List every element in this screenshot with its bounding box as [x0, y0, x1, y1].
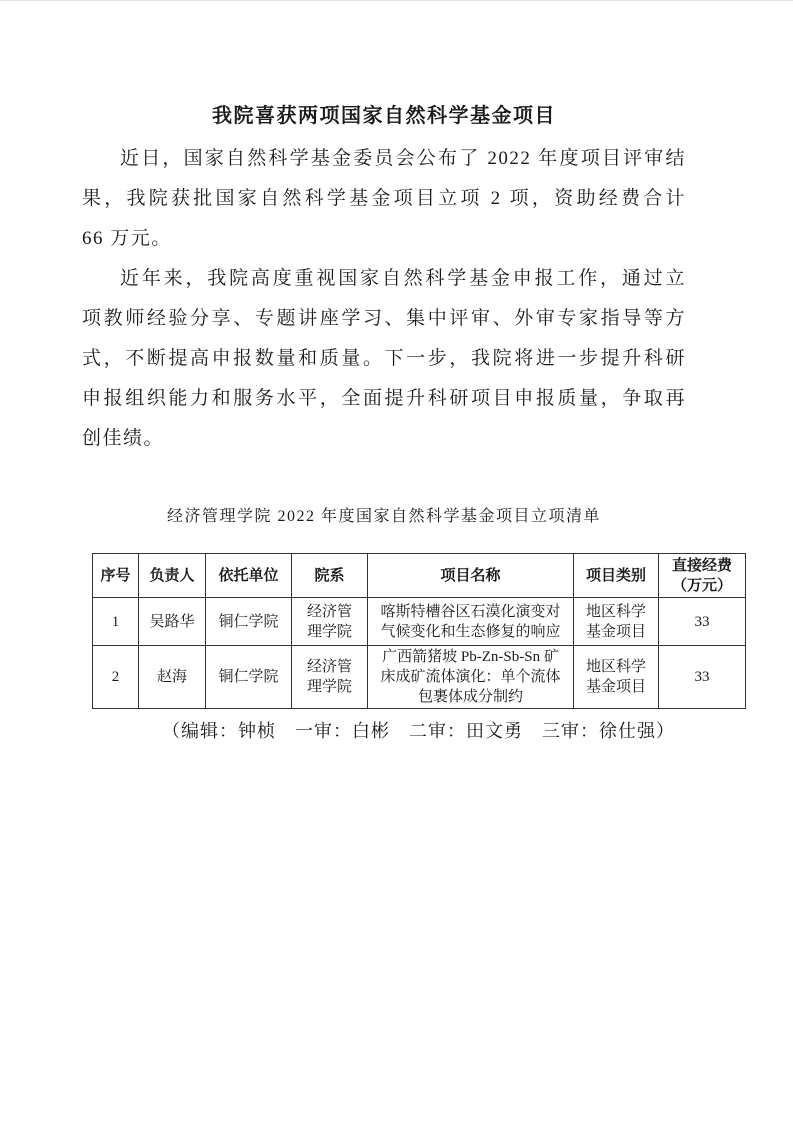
- cell-department: 经济管理学院: [292, 646, 368, 709]
- paragraph-2-line-3: 式，不断提高申报数量和质量。下一步，我院将进一步提升科研: [82, 339, 686, 379]
- paragraph-2-line-5: 创佳绩。: [82, 419, 686, 459]
- table-row: 2 赵海 铜仁学院 经济管理学院 广西箭猪坡 Pb-Zn-Sb-Sn 矿床成矿流…: [93, 646, 746, 709]
- cell-department: 经济管理学院: [292, 598, 368, 646]
- header-principal: 负责人: [139, 554, 206, 598]
- cell-principal: 赵海: [139, 646, 206, 709]
- paragraph-1-line-2: 果，我院获批国家自然科学基金项目立项 2 项，资助经费合计: [82, 179, 686, 219]
- cell-direct-funding: 33: [659, 598, 746, 646]
- cell-serial-number: 1: [93, 598, 139, 646]
- paragraph-1: 近日，国家自然科学基金委员会公布了 2022 年度项目评审结 果，我院获批国家自…: [82, 139, 686, 259]
- cell-project-type: 地区科学基金项目: [574, 646, 659, 709]
- cell-host-institution: 铜仁学院: [206, 646, 292, 709]
- paragraph-2: 近年来，我院高度重视国家自然科学基金申报工作，通过立 项教师经验分享、专题讲座学…: [82, 259, 686, 459]
- cell-serial-number: 2: [93, 646, 139, 709]
- review-credits-line: （编辑：钟桢 一审：白彬 二审：田文勇 三审：徐仕强）: [92, 717, 745, 745]
- paragraph-2-line-2: 项教师经验分享、专题讲座学习、集中评审、外审专家指导等方: [82, 299, 686, 339]
- cell-project-name: 广西箭猪坡 Pb-Zn-Sb-Sn 矿床成矿流体演化：单个流体包裹体成分制约: [368, 646, 574, 709]
- paragraph-1-line-1: 近日，国家自然科学基金委员会公布了 2022 年度项目评审结: [82, 139, 686, 179]
- table-caption: 经济管理学院 2022 年度国家自然科学基金项目立项清单: [82, 505, 686, 529]
- cell-project-type: 地区科学基金项目: [574, 598, 659, 646]
- cell-host-institution: 铜仁学院: [206, 598, 292, 646]
- header-department: 院系: [292, 554, 368, 598]
- table-header-row: 序号 负责人 依托单位 院系 项目名称 项目类别 直接经费（万元）: [93, 554, 746, 598]
- paragraph-2-line-4: 申报组织能力和服务水平，全面提升科研项目申报质量，争取再: [82, 379, 686, 419]
- table-row: 1 吴路华 铜仁学院 经济管理学院 喀斯特槽谷区石漠化演变对气候变化和生态修复的…: [93, 598, 746, 646]
- cell-direct-funding: 33: [659, 646, 746, 709]
- paragraph-1-line-3: 66 万元。: [82, 219, 686, 259]
- header-serial-number: 序号: [93, 554, 139, 598]
- funding-projects-table: 序号 负责人 依托单位 院系 项目名称 项目类别 直接经费（万元） 1 吴路华 …: [92, 553, 746, 709]
- cell-principal: 吴路华: [139, 598, 206, 646]
- header-project-name: 项目名称: [368, 554, 574, 598]
- header-project-type: 项目类别: [574, 554, 659, 598]
- header-host-institution: 依托单位: [206, 554, 292, 598]
- document-content: 我院喜获两项国家自然科学基金项目 近日，国家自然科学基金委员会公布了 2022 …: [0, 1, 793, 745]
- cell-project-name: 喀斯特槽谷区石漠化演变对气候变化和生态修复的响应: [368, 598, 574, 646]
- header-direct-funding: 直接经费（万元）: [659, 554, 746, 598]
- document-page: 我院喜获两项国家自然科学基金项目 近日，国家自然科学基金委员会公布了 2022 …: [0, 0, 793, 1122]
- document-title: 我院喜获两项国家自然科学基金项目: [82, 1, 686, 131]
- paragraph-2-line-1: 近年来，我院高度重视国家自然科学基金申报工作，通过立: [82, 259, 686, 299]
